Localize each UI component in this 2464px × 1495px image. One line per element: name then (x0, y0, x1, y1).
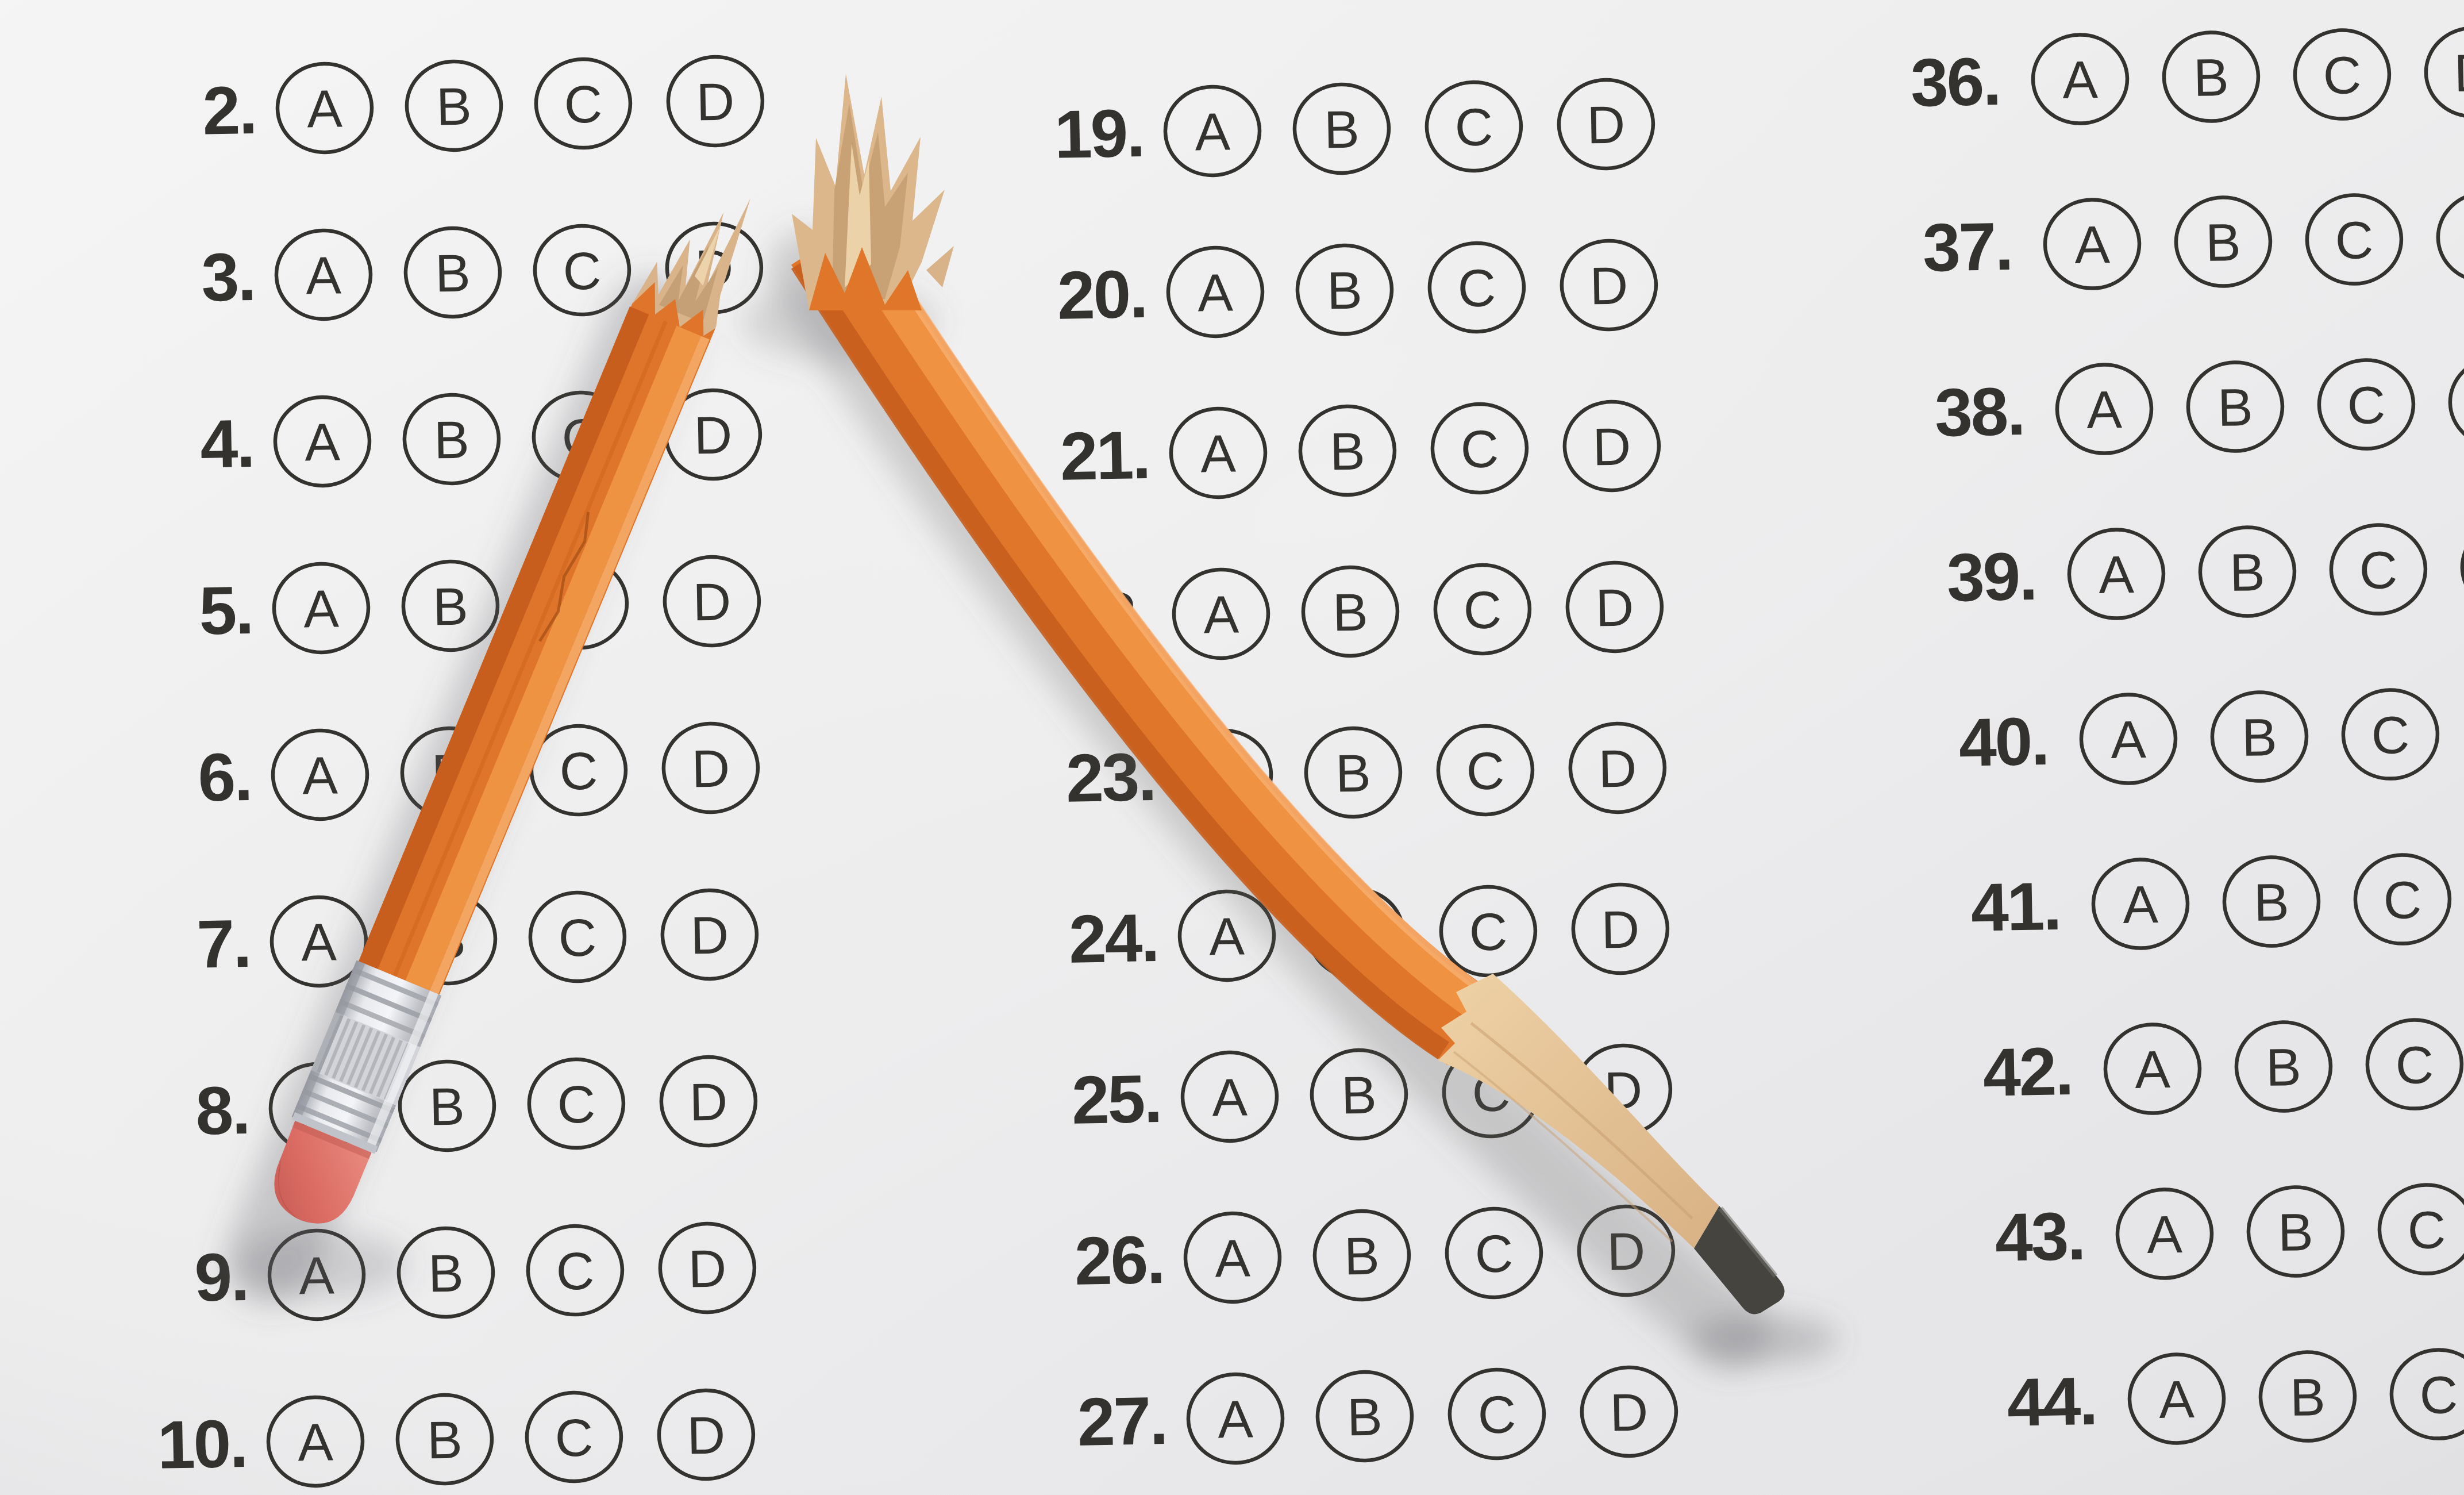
bubble-letter: D (1592, 417, 1631, 476)
bubble-letter: B (429, 1077, 465, 1136)
question-number: 37. (1922, 209, 2012, 286)
question-number: 3. (201, 239, 255, 316)
bubble-letter: D (687, 1406, 726, 1465)
bubble-letter: A (2110, 710, 2147, 770)
bubble-letter: A (2098, 545, 2135, 605)
bubble-letter: B (2193, 48, 2229, 107)
bubble-letter: A (2122, 875, 2159, 935)
bubble-letter: C (1463, 581, 1502, 640)
bubble-letter: B (436, 77, 472, 136)
bubble-letter: D (691, 739, 730, 798)
bubble-letter: A (1194, 102, 1231, 162)
bubble-letter: C (1477, 1385, 1516, 1444)
bubble-letter: C (1454, 98, 1493, 157)
bubble-letter: B (1332, 583, 1368, 642)
bubble-letter: C (555, 1408, 594, 1467)
bubble-letter: C (556, 1242, 595, 1301)
bubble-letter: D (1595, 578, 1634, 637)
bubble-letter: C (564, 75, 603, 134)
bubble-letter: A (1217, 1390, 1254, 1449)
question-number: 39. (1946, 539, 2036, 616)
question-number: 6. (197, 739, 252, 816)
bubble-letter: A (2134, 1040, 2171, 1100)
question-number: 42. (1982, 1033, 2073, 1111)
bubble-letter: B (1329, 422, 1365, 481)
bubble-letter: B (2289, 1368, 2326, 1427)
answer-sheet-photo: 2.ABCD3.ABCD4.ABCD5.ABCD6.ABCD7.ABCD8.AB… (0, 0, 2464, 1495)
question-number: 44. (2007, 1363, 2097, 1441)
question-number: 8. (195, 1073, 249, 1150)
bubble-letter: B (1346, 1388, 1383, 1447)
question-number: 40. (1958, 704, 2049, 781)
bubble-letter: B (1323, 100, 1360, 159)
bubble-letter: C (2407, 1201, 2446, 1260)
bubble-letter: A (1203, 585, 1239, 644)
bubble-letter: A (1200, 424, 1237, 483)
bubble-letter: C (2335, 211, 2374, 270)
bubble-letter: D (1589, 256, 1628, 316)
bubble-letter: C (2347, 376, 2386, 435)
bubble-letter: D (1610, 1383, 1649, 1442)
bubble-letter: C (2395, 1036, 2434, 1095)
bubble-letter: C (1474, 1224, 1514, 1283)
bubble-letter: A (2062, 51, 2099, 110)
question-number: 25. (1071, 1061, 1161, 1139)
bubble-letter: C (558, 908, 597, 967)
bubble-letter: B (2205, 213, 2241, 272)
bubble-letter: B (2253, 873, 2289, 932)
bubble-letter: A (306, 79, 343, 139)
bubble-letter: C (1469, 902, 1508, 962)
bubble-letter: B (1341, 1066, 1377, 1125)
bubble-letter: D (688, 1239, 727, 1298)
bubble-letter: D (692, 572, 731, 632)
bubble-letter: C (1466, 741, 1505, 801)
bubble-letter: A (1208, 907, 1245, 966)
bubble-letter: A (305, 246, 342, 305)
photo-canvas: 2.ABCD3.ABCD4.ABCD5.ABCD6.ABCD7.ABCD8.AB… (0, 0, 2464, 1495)
question-number: 38. (1934, 374, 2024, 451)
bubble-letter: A (303, 579, 340, 639)
bubble-letter: B (2217, 378, 2253, 437)
bubble-letter: D (689, 1073, 728, 1132)
bubble-letter: B (432, 577, 468, 636)
bubble-letter: D (1598, 739, 1637, 798)
bubble-letter: D (696, 72, 735, 132)
bubble-letter: D (1587, 95, 1626, 155)
bubble-letter: A (304, 413, 341, 472)
bubble-letter: B (1326, 261, 1362, 320)
bubble-letter: D (694, 406, 733, 465)
bubble-letter: C (2419, 1366, 2458, 1425)
bubble-letter: B (1335, 744, 1371, 803)
question-number: 4. (199, 406, 254, 483)
question-number: 20. (1057, 256, 1147, 334)
question-number: 21. (1060, 417, 1150, 495)
question-number: 19. (1054, 95, 1144, 173)
question-number: 43. (1995, 1198, 2085, 1276)
bubble-letter: C (1457, 259, 1496, 318)
bubble-letter: A (2146, 1205, 2183, 1265)
bubble-letter: A (2086, 381, 2123, 440)
bubble-letter: B (1343, 1227, 1380, 1286)
question-number: 2. (202, 72, 256, 149)
bubble-letter: B (2229, 543, 2265, 602)
bubble-letter: C (1460, 420, 1499, 479)
bubble-letter: A (1214, 1229, 1251, 1288)
bubble-letter: A (1197, 263, 1234, 322)
bubble-letter: A (2074, 216, 2111, 275)
question-number: 41. (1970, 868, 2061, 946)
bubble-letter: A (1211, 1068, 1248, 1127)
bubble-letter: C (557, 1075, 596, 1134)
bubble-letter: A (2158, 1370, 2195, 1429)
bubble-letter: D (690, 906, 729, 965)
bubble-letter: B (426, 1411, 463, 1470)
bubble-letter: B (2265, 1038, 2301, 1097)
bubble-letter: B (2241, 708, 2277, 767)
bubble-letter: C (559, 741, 598, 801)
question-number: 7. (196, 906, 251, 983)
bubble-letter: C (2323, 46, 2362, 105)
bubble-letter: C (2383, 871, 2422, 930)
bubble-letter: C (2359, 541, 2398, 600)
bubble-letter: C (2371, 706, 2410, 765)
bubble-letter: B (433, 410, 469, 470)
bubble-letter: B (434, 244, 471, 303)
bubble-letter: A (297, 1413, 334, 1472)
bubble-letter: A (301, 913, 337, 972)
bubble-letter: D (2454, 44, 2464, 103)
question-number: 5. (198, 572, 253, 650)
question-number: 26. (1074, 1222, 1164, 1300)
question-number: 10. (157, 1406, 247, 1484)
bubble-letter: D (1601, 900, 1640, 959)
bubble-letter: B (2277, 1203, 2313, 1262)
question-number: 27. (1077, 1383, 1167, 1461)
question-number: 24. (1068, 900, 1158, 978)
bubble-letter: C (563, 241, 602, 301)
question-number: 36. (1910, 44, 2000, 121)
bubble-letter: A (302, 746, 338, 805)
bubble-letter: B (428, 1244, 464, 1303)
